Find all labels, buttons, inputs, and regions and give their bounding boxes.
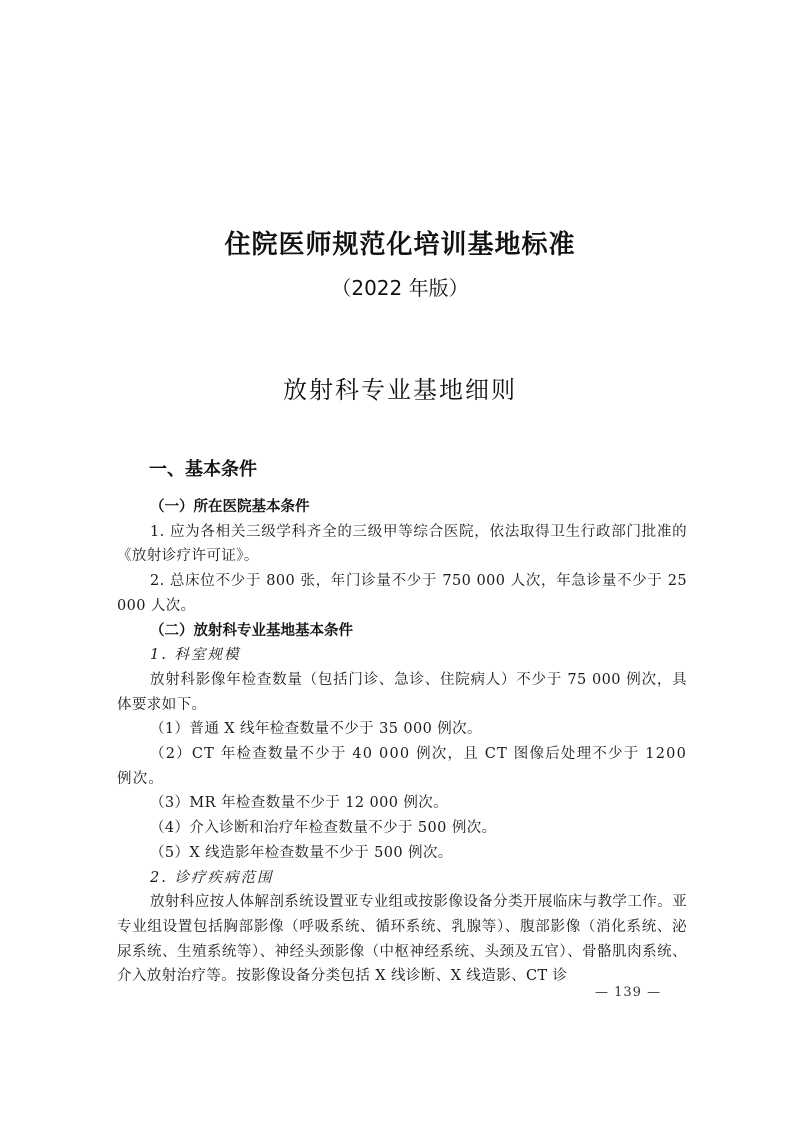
document-subtitle: （2022 年版） — [0, 272, 800, 301]
list-item-mr: （3）MR 年检查数量不少于 12 000 例次。 — [117, 791, 687, 816]
list-item-interventional: （4）介入诊断和治疗年检查数量不少于 500 例次。 — [117, 816, 687, 841]
document-page: 住院医师规范化培训基地标准 （2022 年版） 放射科专业基地细则 一、基本条件… — [0, 0, 800, 1131]
paragraph-hospital-capacity: 2. 总床位不少于 800 张，年门诊量不少于 750 000 人次，年急诊量不… — [117, 569, 687, 618]
heading-department-scale: 1. 科室规模 — [117, 643, 687, 668]
heading-disease-scope: 2. 诊疗疾病范围 — [117, 866, 687, 891]
heading-hospital-conditions: （一）所在医院基本条件 — [117, 495, 687, 520]
heading-basic-conditions: 一、基本条件 — [149, 455, 687, 485]
list-item-xray: （1）普通 X 线年检查数量不少于 35 000 例次。 — [117, 717, 687, 742]
body-text: 一、基本条件 （一）所在医院基本条件 1. 应为各相关三级学科齐全的三级甲等综合… — [117, 455, 687, 989]
list-item-xray-contrast: （5）X 线造影年检查数量不少于 500 例次。 — [117, 841, 687, 866]
paragraph-hospital-license: 1. 应为各相关三级学科齐全的三级甲等综合医院，依法取得卫生行政部门批准的《放射… — [117, 520, 687, 569]
section-title: 放射科专业基地细则 — [0, 370, 800, 405]
page-number: — 139 — — [595, 985, 661, 1000]
paragraph-subspecialty: 放射科应按人体解剖系统设置亚专业组或按影像设备分类开展临床与教学工作。亚专业组设… — [117, 890, 687, 989]
paragraph-exam-volume: 放射科影像年检查数量（包括门诊、急诊、住院病人）不少于 75 000 例次，具体… — [117, 668, 687, 717]
heading-radiology-base-conditions: （二）放射科专业基地基本条件 — [117, 619, 687, 644]
document-title: 住院医师规范化培训基地标准 — [0, 224, 800, 261]
list-item-ct: （2）CT 年检查数量不少于 40 000 例次，且 CT 图像后处理不少于 1… — [117, 742, 687, 791]
